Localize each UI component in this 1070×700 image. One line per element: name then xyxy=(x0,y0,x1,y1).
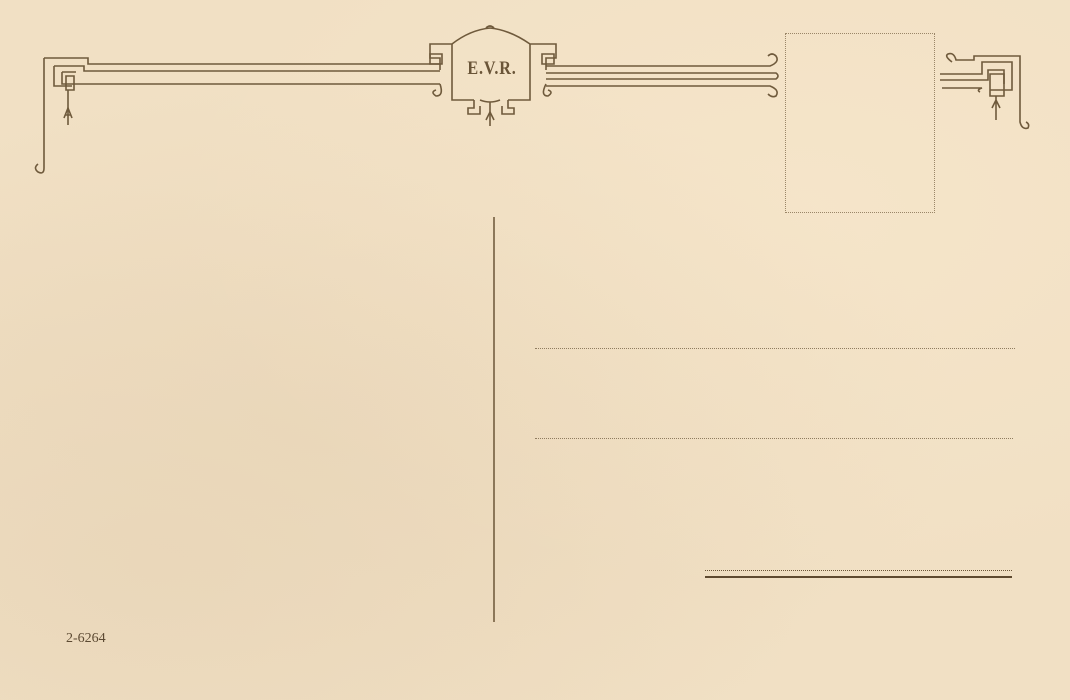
address-line-final xyxy=(705,570,1012,578)
postcard-back: E.V.R. 2-6264 xyxy=(0,0,1070,700)
stamp-placeholder-box xyxy=(785,33,935,213)
address-line-1 xyxy=(535,348,1015,349)
publisher-monogram: E.V.R. xyxy=(458,58,526,80)
address-line-2 xyxy=(535,438,1013,439)
serial-number: 2-6264 xyxy=(66,631,106,647)
message-address-divider xyxy=(493,217,495,622)
